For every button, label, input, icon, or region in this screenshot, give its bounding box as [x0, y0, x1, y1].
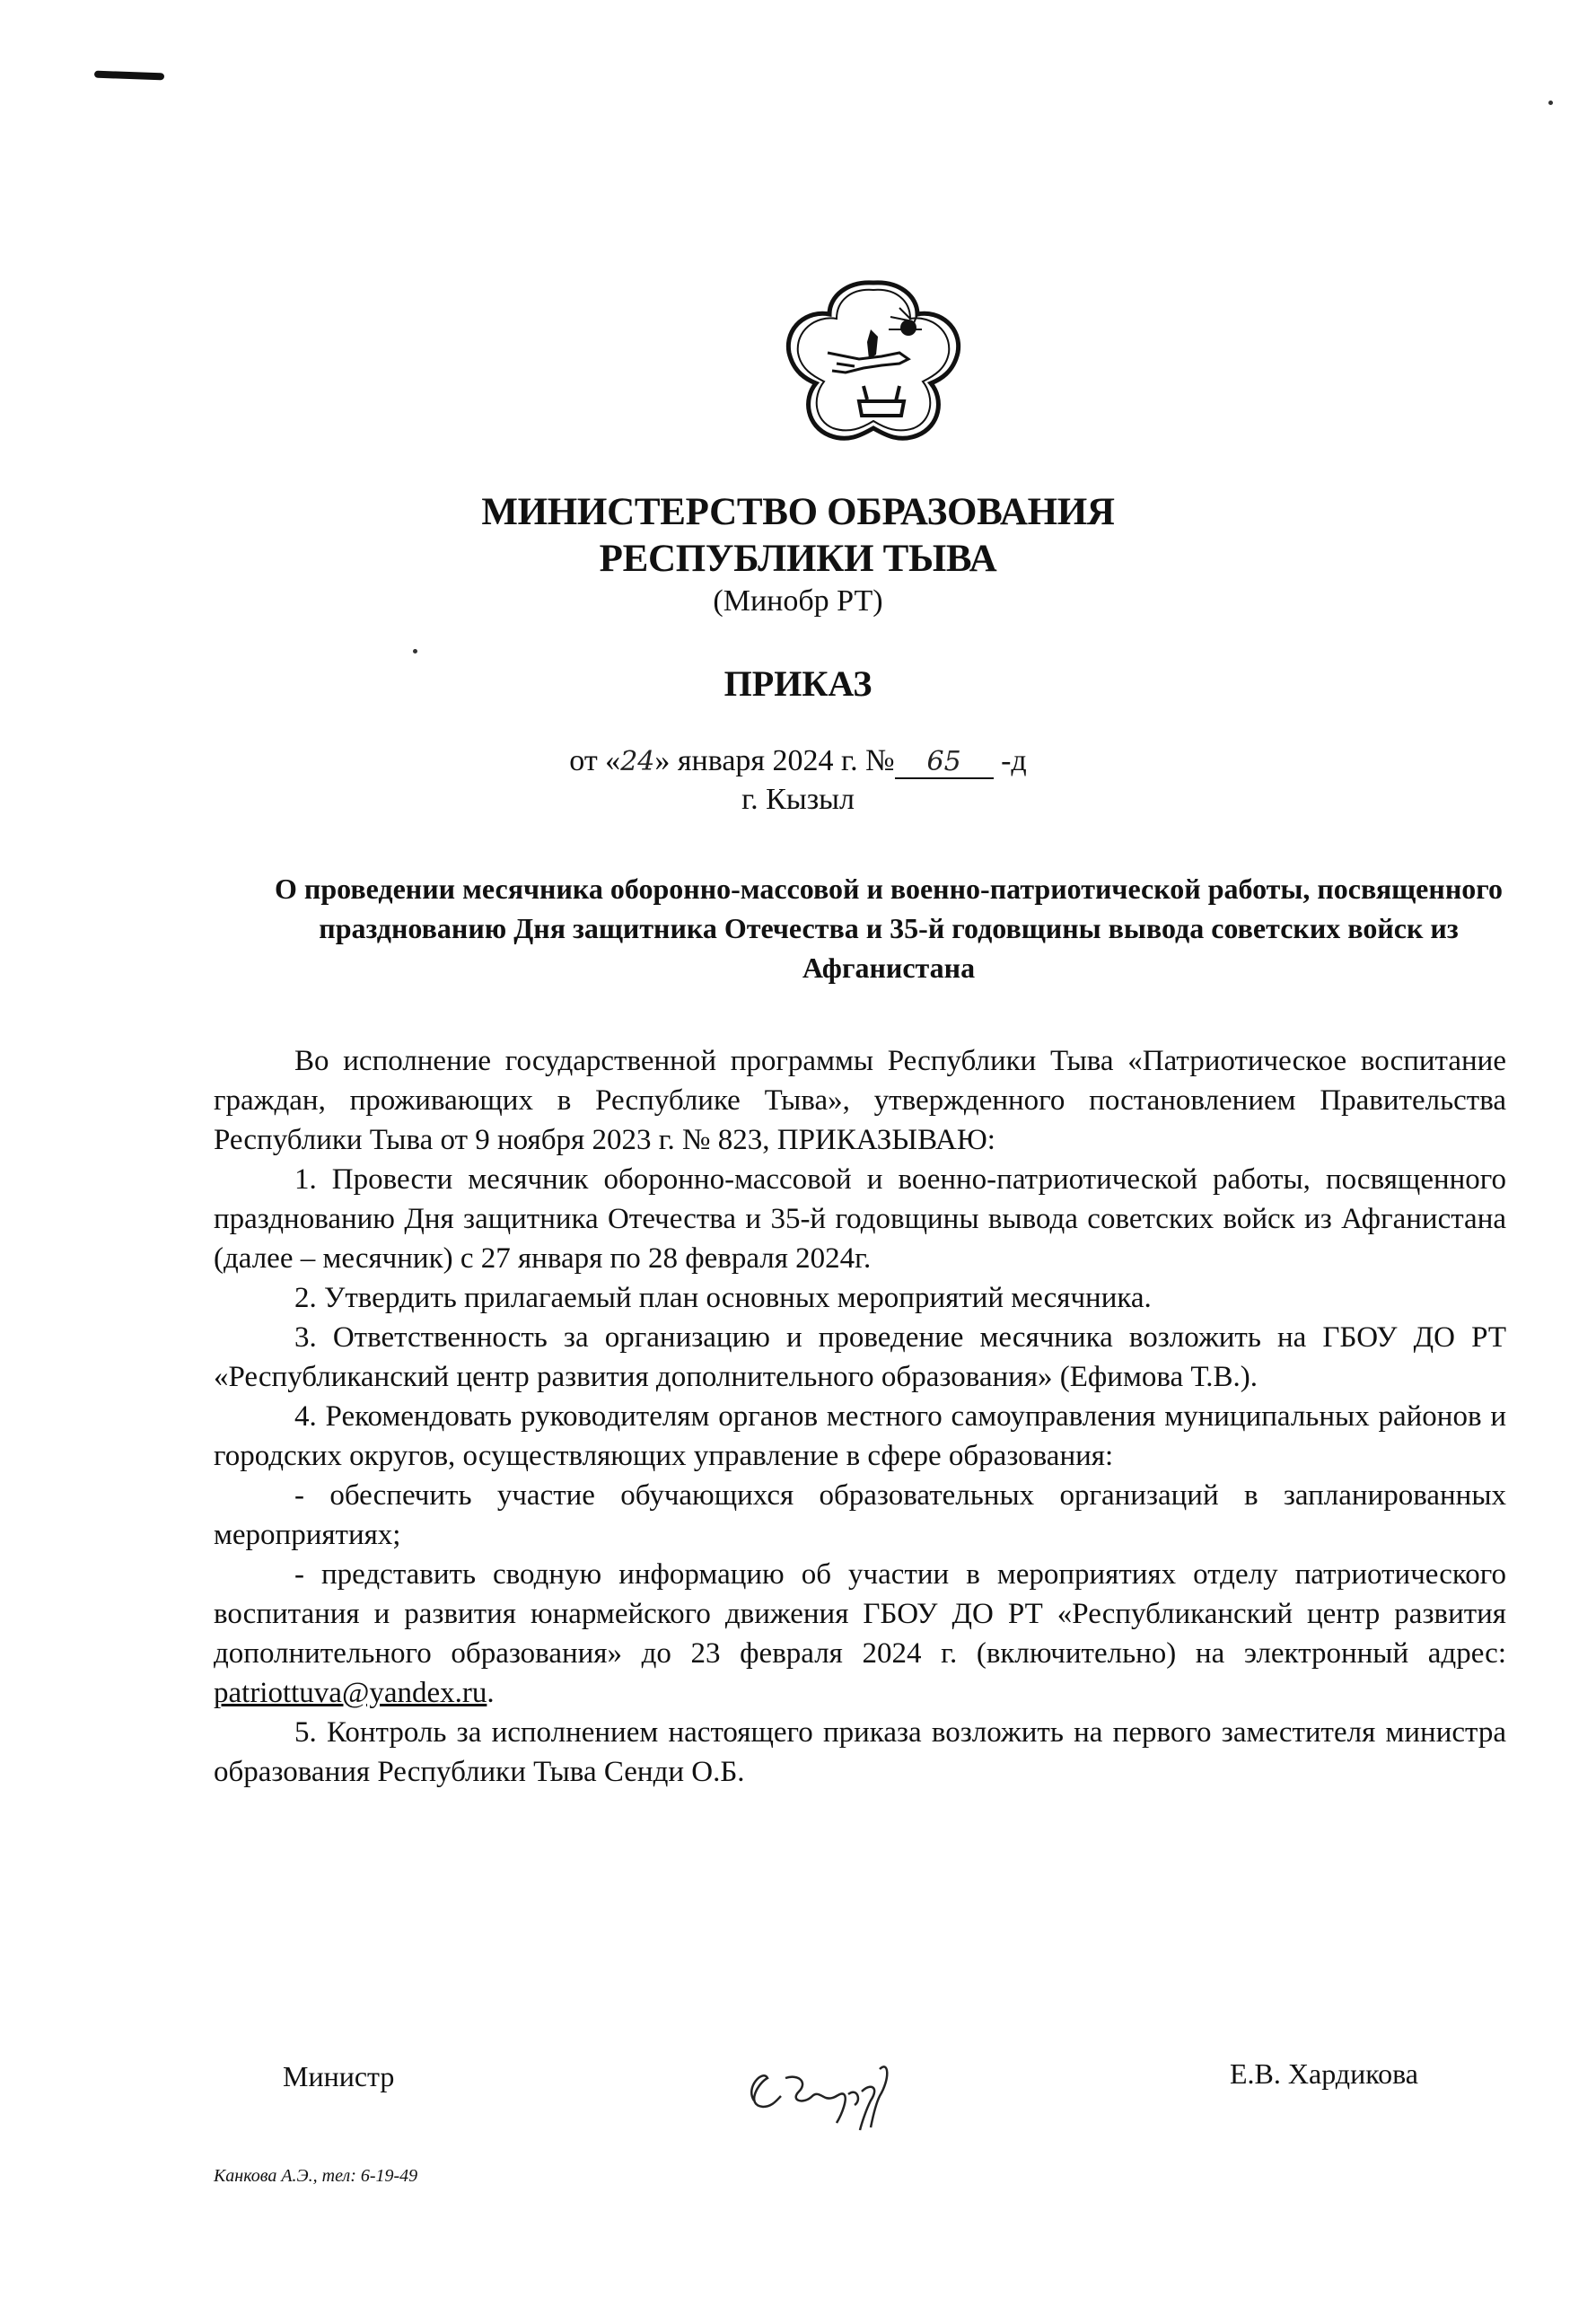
order-subject: О проведении месячника оборонно-массовой… — [269, 869, 1508, 987]
ministry-line-1: МИНИСТЕРСТВО ОБРАЗОВАНИЯ — [0, 489, 1596, 536]
scan-speck — [413, 649, 417, 653]
document-type: ПРИКАЗ — [0, 662, 1596, 705]
city: г. Кызыл — [0, 783, 1596, 817]
ministry-line-2: РЕСПУБЛИКИ ТЫВА — [0, 536, 1596, 583]
ministry-name: МИНИСТЕРСТВО ОБРАЗОВАНИЯ РЕСПУБЛИКИ ТЫВА — [0, 489, 1596, 583]
item-4-sub-1: - обеспечить участие обучающихся образов… — [214, 1476, 1506, 1555]
scan-speck — [1548, 101, 1553, 105]
preamble: Во исполнение государственной программы … — [214, 1041, 1506, 1160]
signer-role: Министр — [283, 2060, 394, 2093]
handwritten-order-number: 65 — [895, 747, 994, 779]
tuva-coat-of-arms-icon — [774, 274, 973, 458]
email-link[interactable]: patriottuva@yandex.ru — [214, 1677, 487, 1709]
ministry-short-name: (Минобр РТ) — [0, 583, 1596, 619]
order-body: Во исполнение государственной программы … — [214, 1041, 1506, 1792]
order-date-number: от «24» января 2024 г. №65 -д — [0, 743, 1596, 780]
item-1: 1. Провести месячник оборонно-массовой и… — [214, 1160, 1506, 1278]
scan-mark — [94, 71, 164, 81]
signer-name: Е.В. Хардикова — [1230, 2057, 1418, 2091]
item-2: 2. Утвердить прилагаемый план основных м… — [214, 1278, 1506, 1318]
handwritten-signature — [736, 2051, 916, 2132]
item-4-sub-2: - представить сводную информацию об учас… — [214, 1555, 1506, 1713]
executor-contact: Канкова А.Э., тел: 6-19-49 — [214, 2166, 417, 2187]
item-3: 3. Ответственность за организацию и пров… — [214, 1318, 1506, 1397]
handwritten-day: 24 — [620, 746, 654, 777]
item-5: 5. Контроль за исполнением настоящего пр… — [214, 1713, 1506, 1792]
item-4: 4. Рекомендовать руководителям органов м… — [214, 1397, 1506, 1476]
